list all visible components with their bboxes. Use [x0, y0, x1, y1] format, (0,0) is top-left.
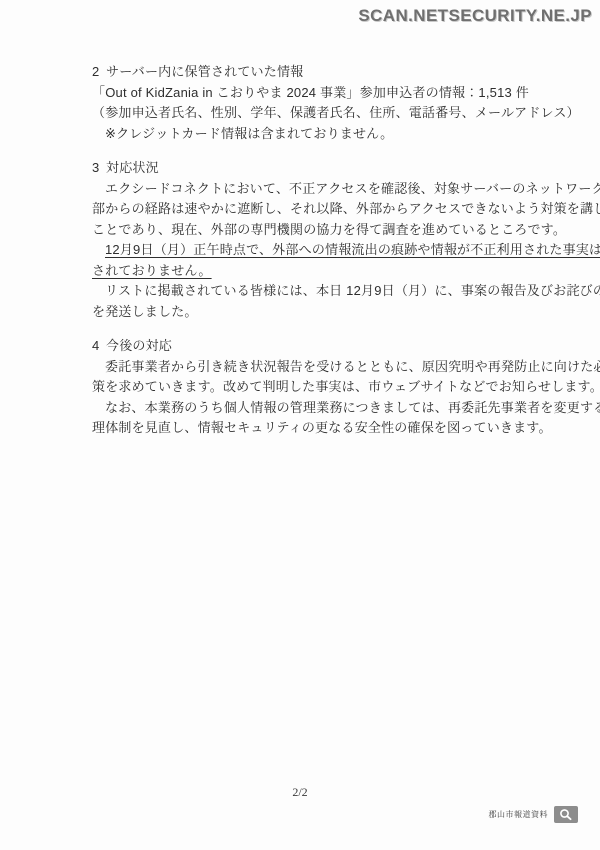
section-heading: 2サーバー内に保管されていた情報	[92, 62, 528, 83]
page-number: 2/2	[0, 785, 600, 800]
body-line: を発送しました。	[92, 302, 528, 323]
section-4: 4今後の対応委託事業者から引き続き状況報告を受けるとともに、原因究明や再発防止に…	[92, 336, 528, 439]
section-title: 対応状況	[106, 160, 159, 175]
magnifier-icon	[554, 806, 578, 823]
section-number: 4	[92, 336, 106, 357]
section-number: 2	[92, 62, 106, 83]
section-title: 今後の対応	[106, 338, 172, 353]
body-line: 部からの経路は速やかに遮断し、それ以降、外部からアクセスできないよう対策を講じた…	[92, 199, 528, 220]
body-line: 理体制を見直し、情報セキュリティの更なる安全性の確保を図っていきます。	[92, 418, 528, 439]
section-number: 3	[92, 158, 106, 179]
footer: 郡山市報道資料	[489, 806, 579, 823]
body-line: 12月9日（月）正午時点で、外部への情報流出の痕跡や情報が不正利用された事実は確…	[92, 240, 528, 261]
body-line: なお、本業務のうち個人情報の管理業務につきましては、再委託先事業者を変更するなど…	[92, 398, 528, 419]
section-2: 2サーバー内に保管されていた情報「Out of KidZania in こおりや…	[92, 62, 528, 144]
body-line: 「Out of KidZania in こおりやま 2024 事業」参加申込者の…	[92, 83, 528, 104]
section-title: サーバー内に保管されていた情報	[106, 64, 303, 79]
body-line: 策を求めていきます。改めて判明した事実は、市ウェブサイトなどでお知らせします。	[92, 377, 528, 398]
body-line: 委託事業者から引き続き状況報告を受けるとともに、原因究明や再発防止に向けた必要な…	[92, 357, 528, 378]
watermark: SCAN.NETSECURITY.NE.JP	[358, 6, 592, 26]
footer-label: 郡山市報道資料	[489, 809, 549, 820]
body-line: エクシードコネクトにおいて、不正アクセスを確認後、対象サーバーのネットワークへの…	[92, 179, 528, 200]
body-line: ことであり、現在、外部の専門機関の協力を得て調査を進めているところです。	[92, 220, 528, 241]
body-line: ※クレジットカード情報は含まれておりません。	[92, 124, 528, 145]
body-line: （参加申込者氏名、性別、学年、保護者氏名、住所、電話番号、メールアドレス）	[92, 103, 528, 124]
document-body: 2サーバー内に保管されていた情報「Out of KidZania in こおりや…	[92, 62, 528, 453]
section-heading: 3対応状況	[92, 158, 528, 179]
section-3: 3対応状況エクシードコネクトにおいて、不正アクセスを確認後、対象サーバーのネット…	[92, 158, 528, 322]
body-line: リストに掲載されている皆様には、本日 12月9日（月）に、事案の報告及びお詫びの…	[92, 281, 528, 302]
document-page: SCAN.NETSECURITY.NE.JP 2サーバー内に保管されていた情報「…	[0, 0, 600, 850]
body-line: されておりません。	[92, 261, 528, 282]
section-heading: 4今後の対応	[92, 336, 528, 357]
